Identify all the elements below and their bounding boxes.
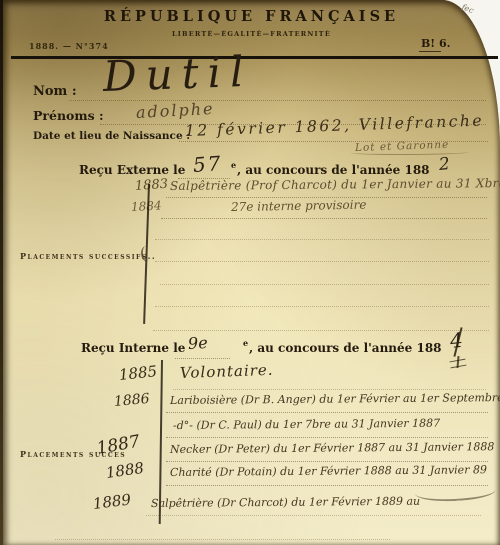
interne-entry-text: Salpêtrière (Dr Charcot) du 1er Février … [151, 495, 420, 510]
bulletin-number: B! 6. [421, 37, 450, 50]
externe-entry-text: Salpêtrière (Prof Charcot) du 1er Janvie… [170, 176, 500, 193]
ruled-line [160, 284, 489, 285]
document-paper: fec RÉPUBLIQUE FRANÇAISE LIBERTÉ—ÉGALITÉ… [3, 0, 500, 545]
interne-entry-text: Necker (Dr Peter) du 1er Février 1887 au… [170, 440, 494, 456]
departement-underline [351, 150, 469, 155]
ruled-line [166, 461, 488, 462]
ruled-line [166, 437, 488, 438]
scan-left-edge [0, 0, 3, 545]
ruled-line [161, 218, 487, 219]
bulletin-underline [419, 51, 441, 52]
ruled-line [55, 539, 390, 540]
externe-entry-year: 1883 [134, 177, 168, 194]
naissance-label: Date et lieu de Naissance : [33, 130, 190, 142]
naissance-value: 12 février 1862, Villefranche [185, 112, 485, 140]
externe-concours-label: , au concours de l'année 188 [237, 163, 430, 177]
interne-entry-year: 1887 [95, 432, 141, 459]
interne-concours-label: , au concours de l'année 188 [249, 341, 442, 355]
interne-entry-text: Charité (Dr Potain) du 1er Février 1888 … [170, 463, 487, 479]
prenoms-value: adolphe [136, 99, 215, 122]
nom-value: Dutil [102, 47, 253, 101]
interne-entry-year: 1888 [105, 459, 145, 482]
interne-entry-text: Volontaire. [180, 361, 274, 382]
externe-rank-value: 57 [192, 151, 223, 177]
flourish-swash [414, 480, 495, 504]
ruled-line [166, 412, 488, 413]
ruled-line [173, 389, 486, 390]
interne-entry-year: 1889 [92, 490, 132, 513]
ruled-line [153, 330, 489, 331]
interne-entry-text: -d°- (Dr C. Paul) du 1er 7bre au 31 Janv… [173, 417, 440, 432]
ruled-line [146, 515, 481, 516]
externe-year-digit: 2 [438, 154, 451, 175]
ruled-line [155, 239, 489, 240]
form-reference-number: 1888. — N°374 [29, 41, 109, 51]
page-title: RÉPUBLIQUE FRANÇAISE [104, 8, 399, 25]
motto-text: LIBERTÉ—ÉGALITÉ—FRATERNITÉ [172, 30, 331, 38]
interne-entry-year: 1885 [118, 362, 158, 384]
placements-successifs-label: Placements successifs.. [20, 251, 156, 261]
externe-entry-text: 27e interne provisoire [231, 198, 367, 214]
ruled-line [155, 261, 489, 262]
interne-entry-text: Lariboisière (Dr B. Anger) du 1er Févrie… [170, 391, 500, 407]
interne-entry-year: 1886 [113, 391, 150, 410]
interne-rank-blank [175, 358, 230, 359]
interne-rank-sup: e [243, 338, 248, 348]
interne-rank-value: 9e [188, 333, 209, 353]
nom-label: Nom : [33, 84, 77, 99]
recu-externe-label: Reçu Externe le [79, 163, 185, 177]
nom-ruled-line [69, 100, 486, 101]
externe-rank-sup: e [231, 160, 236, 170]
prenoms-label: Prénoms : [33, 108, 104, 123]
ruled-line [155, 306, 489, 307]
header-divider-rule [11, 56, 498, 59]
recu-interne-label: Reçu Interne le [81, 341, 185, 355]
